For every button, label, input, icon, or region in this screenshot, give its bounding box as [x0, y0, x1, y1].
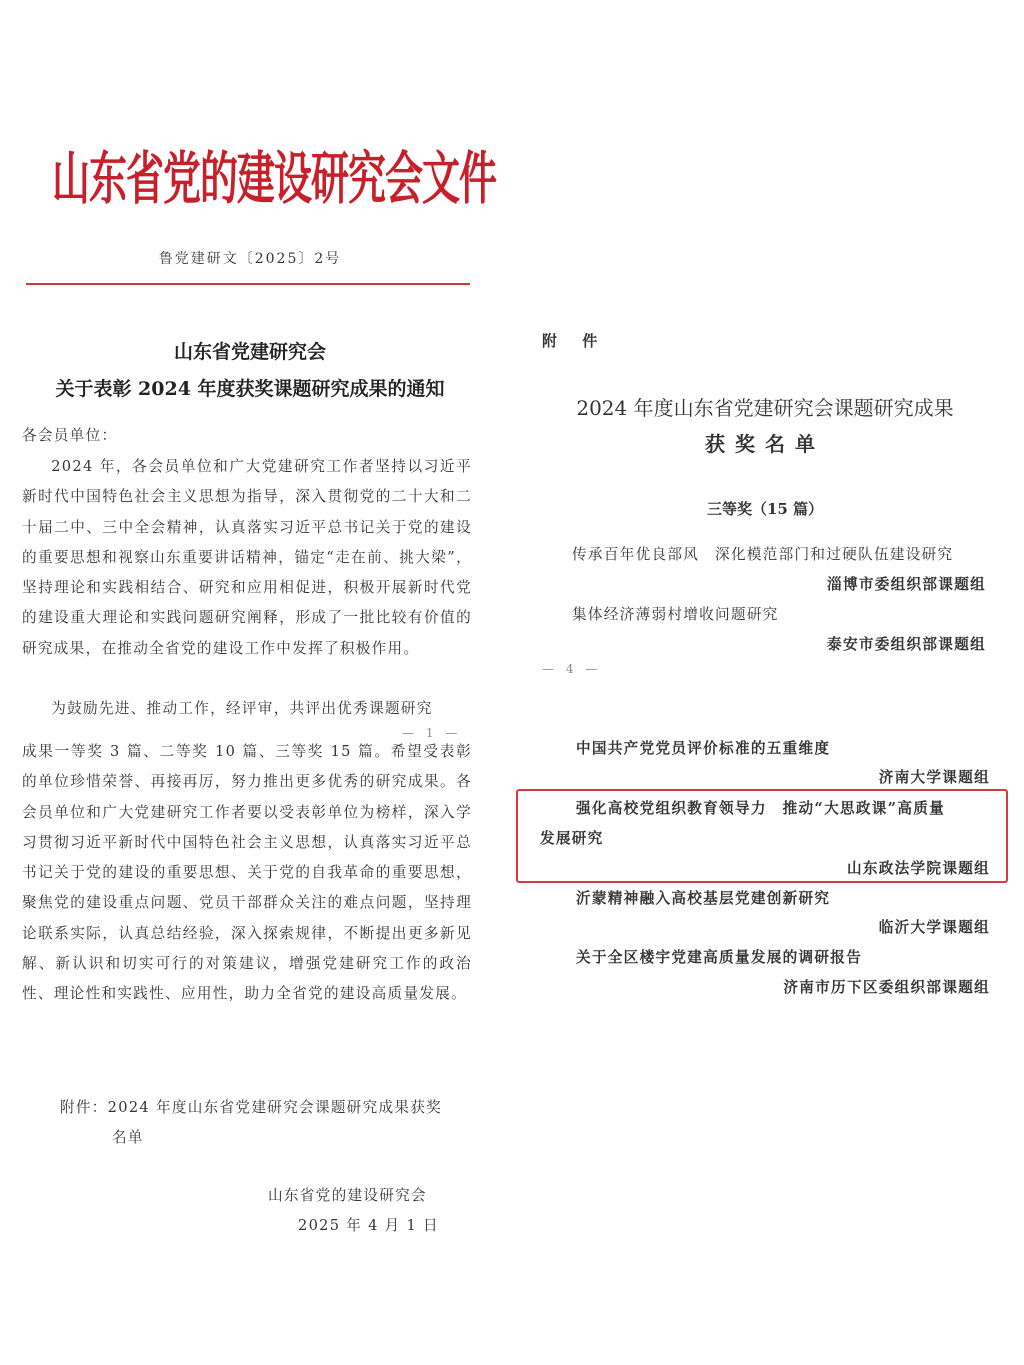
- red-divider: [26, 283, 470, 285]
- attachment-note-line2: 名单: [60, 1123, 480, 1153]
- page-number-4: — 4 —: [542, 662, 601, 676]
- award-list-title: 2024 年度山东省党建研究会课题研究成果: [540, 392, 990, 421]
- paragraph-2-start: 为鼓励先进、推动工作，经评审，共评出优秀课题研究: [22, 694, 472, 724]
- notice-organization: 山东省党建研究会: [0, 337, 500, 364]
- entry-group-highlighted: 山东政法学院课题组: [847, 857, 990, 878]
- entry-title: 传承百年优良部风 深化模范部门和过硬队伍建设研究: [572, 543, 953, 564]
- document-header-title: 山东省党的建设研究会文件: [52, 132, 452, 215]
- entry-title: 中国共产党党员评价标准的五重维度: [576, 737, 830, 758]
- notice-page: 山东省党的建设研究会文件 鲁党建研文〔2025〕2号 山东省党建研究会 关于表彰…: [0, 0, 500, 1365]
- entry-title-highlighted-line2: 发展研究: [540, 827, 604, 848]
- entry-group: 临沂大学课题组: [879, 916, 990, 937]
- attachment-label: 附 件: [542, 330, 607, 351]
- entry-group: 济南市历下区委组织部课题组: [783, 976, 990, 997]
- signature-date: 2025 年 4 月 1 日: [298, 1214, 439, 1235]
- award-list-subtitle: 获奖名单: [540, 428, 990, 457]
- entry-title: 集体经济薄弱村增收问题研究: [572, 603, 779, 624]
- entry-title: 关于全区楼宇党建高质量发展的调研报告: [576, 946, 862, 967]
- entry-title-highlighted-line1: 强化高校党组织教育领导力 推动“大思政课”高质量: [576, 797, 945, 818]
- entry-group: 淄博市委组织部课题组: [827, 573, 986, 594]
- attachment-note: 附件：2024 年度山东省党建研究会课题研究成果获奖 名单: [60, 1093, 480, 1153]
- signature-organization: 山东省党的建设研究会: [268, 1184, 427, 1205]
- paragraph-2-continued: 成果一等奖 3 篇、二等奖 10 篇、三等奖 15 篇。希望受表彰的单位珍惜荣誉…: [22, 737, 472, 1010]
- salutation: 各会员单位：: [22, 421, 472, 451]
- attachment-note-line1: 附件：2024 年度山东省党建研究会课题研究成果获奖: [60, 1099, 442, 1116]
- paragraph-1: 2024 年，各会员单位和广大党建研究工作者坚持以习近平新时代中国特色社会主义思…: [22, 452, 472, 664]
- prize-heading: 三等奖（15 篇）: [540, 498, 990, 519]
- entry-group: 泰安市委组织部课题组: [827, 633, 986, 654]
- entry-group: 济南大学课题组: [879, 766, 990, 787]
- document-number: 鲁党建研文〔2025〕2号: [0, 248, 500, 268]
- entry-title: 沂蒙精神融入高校基层党建创新研究: [576, 887, 830, 908]
- notice-title: 关于表彰 2024 年度获奖课题研究成果的通知: [0, 374, 500, 401]
